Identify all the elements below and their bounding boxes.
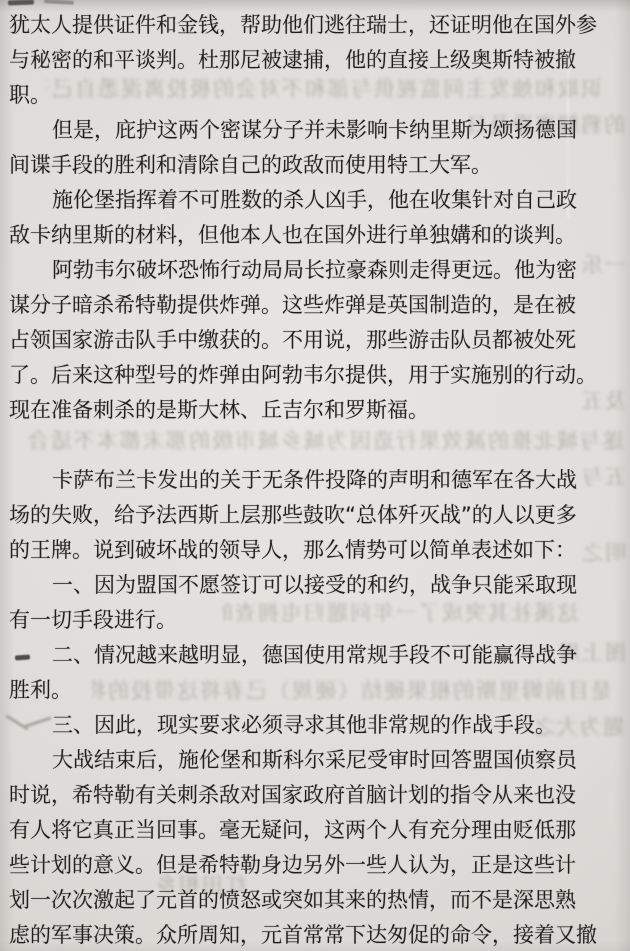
- text-line: 谋分子暗杀希特勒提供炸弹。这些炸弹是英国制造的，是在被: [9, 288, 605, 323]
- text-line: 卡萨布兰卡发出的关于无条件投降的声明和德军在各大战: [9, 463, 605, 498]
- text-line: 二、情况越来越明显，德国使用常规手段不可能赢得战争: [9, 638, 605, 673]
- text-line: 但是，庇护这两个密谋分子并未影响卡纳里斯为颂扬德国: [9, 113, 605, 148]
- text-line: 时说，希特勒有关刺杀敌对国家政府首脑计划的指令从来也没: [9, 778, 605, 813]
- text-line: [9, 428, 605, 463]
- text-line: 了。后来这种型号的炸弹由阿勃韦尔提供，用于实施别的行动。: [9, 358, 605, 393]
- text-line: 施伦堡指挥着不可胜数的杀人凶手，他在收集针对自己政: [9, 183, 605, 218]
- text-line: 占领国家游击队手中缴获的。不用说，那些游击队员都被处死: [9, 323, 605, 358]
- text-line: 职。: [9, 78, 605, 113]
- text-line: 阿勃韦尔破坏恐怖行动局局长拉豪森则走得更远。他为密: [9, 253, 605, 288]
- text-line: 敌卡纳里斯的材料，但他本人也在国外进行单独媾和的谈判。: [9, 218, 605, 253]
- text-line: 胜利。: [9, 673, 605, 708]
- text-line: 些计划的意义。但是希特勒身边另外一些人认为，正是这些计: [9, 848, 605, 883]
- text-line: 虑的军事决策。众所周知，元首常常下达匆促的命令，接着又撤: [9, 918, 605, 951]
- text-line: 三、因此，现实要求必须寻求其他非常规的作战手段。: [9, 708, 605, 743]
- text-line: 间谍手段的胜利和清除自己的政敌而使用特工大军。: [9, 148, 605, 183]
- text-line: 划一次次激起了元首的愤怒或突如其来的热情，而不是深思熟: [9, 883, 605, 918]
- text-line: 犹太人提供证件和金钱，帮助他们逃往瑞士，还证明他在国外参: [9, 8, 605, 43]
- text-line: 场的失败，给予法西斯上层那些鼓吹“总体歼灭战”的人以更多: [9, 498, 605, 533]
- text-line: 一、因为盟国不愿签订可以接受的和约，战争只能采取现: [9, 568, 605, 603]
- text-line: 与秘密的和平谈判。杜那尼被逮捕，他的直接上级奥斯特被撤: [9, 43, 605, 78]
- text-line: 有一切手段进行。: [9, 603, 605, 638]
- text-line: 有人将它真正当回事。毫无疑问，这两个人有充分理由贬低那: [9, 813, 605, 848]
- text-lines: 犹太人提供证件和金钱，帮助他们逃往瑞士，还证明他在国外参与秘密的和平谈判。杜那尼…: [9, 8, 605, 951]
- scanned-book-page: 识取和烛发主问监视供与部和不对会的极投离滉悉自己刊计书的鸦解离净及日（设件一乐及…: [0, 0, 630, 951]
- text-line: 的王牌。说到破坏战的领导人，那么情势可以简单表述如下：: [9, 533, 605, 568]
- text-line: 大战结束后，施伦堡和斯科尔采尼受审时回答盟国侦察员: [9, 743, 605, 778]
- text-line: 现在准备刺杀的是斯大林、丘吉尔和罗斯福。: [9, 393, 605, 428]
